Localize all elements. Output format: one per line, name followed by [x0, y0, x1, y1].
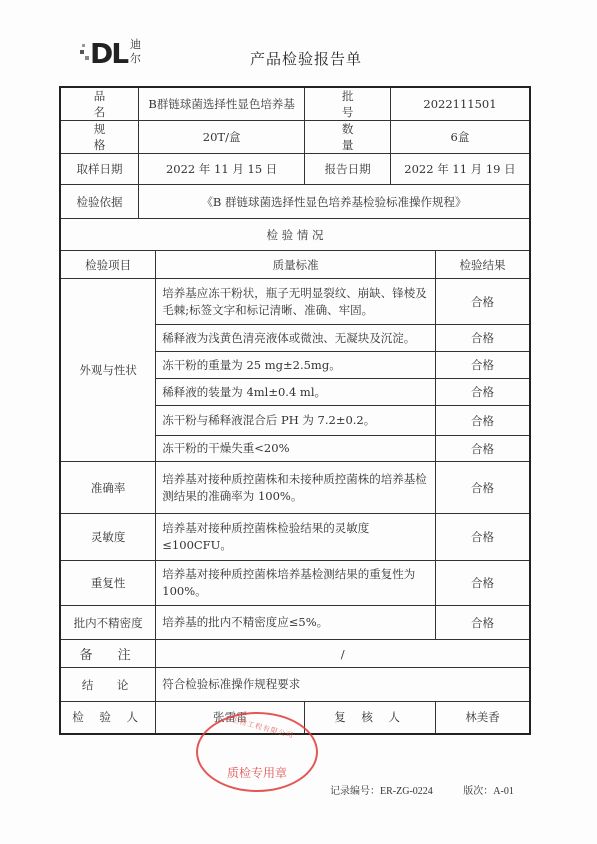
- quality-stamp: …生物工程有限公司 质检专用章: [196, 712, 318, 792]
- record-number: 记录编号：ER-ZG-0224: [330, 786, 433, 797]
- result-text: 合格: [435, 406, 530, 436]
- result-text: 合格: [435, 279, 530, 325]
- inspection-section-title: 检 验 情 况: [60, 219, 530, 251]
- report-page: DL 迪尔 产品检验报告单 品 名 B群链球菌选择性显色培养基 批 号 2022…: [0, 0, 597, 844]
- report-date-label: 报告日期: [305, 154, 391, 185]
- item-appearance: 外观与性状: [60, 279, 156, 462]
- standard-text: 稀释液为浅黄色清亮液体或微浊、无凝块及沉淀。: [156, 325, 436, 352]
- table-row: 外观与性状 培养基应冻干粉状，瓶子无明显裂纹、崩缺、锋棱及毛棘;标签文字和标记清…: [60, 279, 530, 325]
- sample-date-label: 取样日期: [60, 154, 139, 185]
- item-imprecision: 批内不精密度: [60, 606, 156, 640]
- header-result: 检验结果: [435, 251, 530, 279]
- result-text: 合格: [435, 514, 530, 561]
- row-column-headers: 检验项目 质量标准 检验结果: [60, 251, 530, 279]
- table-row: 批内不精密度 培养基的批内不精密度应≤5%。 合格: [60, 606, 530, 640]
- standard-text: 培养基对接种质控菌株和未接种质控菌株的培养基检测结果的准确率为 100%。: [156, 462, 436, 514]
- header-item: 检验项目: [60, 251, 156, 279]
- result-text: 合格: [435, 379, 530, 406]
- row-spec: 规 格 20T/盒 数 量 6盒: [60, 121, 530, 154]
- quantity-value: 6盒: [390, 121, 530, 154]
- stamp-text: 质检专用章: [198, 764, 316, 781]
- header-standard: 质量标准: [156, 251, 436, 279]
- result-text: 合格: [435, 436, 530, 462]
- standard-text: 培养基对接种质控菌株检验结果的灵敏度≤100CFU。: [156, 514, 436, 561]
- batch-label: 批 号: [305, 87, 391, 121]
- table-row: 灵敏度 培养基对接种质控菌株检验结果的灵敏度≤100CFU。 合格: [60, 514, 530, 561]
- sample-date-value: 2022 年 11 月 15 日: [139, 154, 305, 185]
- standard-text: 稀释液的装量为 4ml±0.4 ml。: [156, 379, 436, 406]
- row-conclusion: 结 论 符合检验标准操作规程要求: [60, 668, 530, 702]
- product-name-value: B群链球菌选择性显色培养基: [139, 87, 305, 121]
- batch-value: 2022111501: [390, 87, 530, 121]
- standard-text: 培养基对接种质控菌株培养基检测结果的重复性为100%。: [156, 561, 436, 606]
- product-name-label: 品 名: [60, 87, 139, 121]
- standard-text: 培养基应冻干粉状，瓶子无明显裂纹、崩缺、锋棱及毛棘;标签文字和标记清晰、准确、牢…: [156, 279, 436, 325]
- inspector-label: 检 验 人: [60, 702, 156, 734]
- result-text: 合格: [435, 606, 530, 640]
- logo-text: DL: [90, 38, 127, 70]
- result-text: 合格: [435, 462, 530, 514]
- conclusion-label: 结 论: [60, 668, 156, 702]
- item-sensitivity: 灵敏度: [60, 514, 156, 561]
- logo-cn-text: 迪尔: [130, 38, 142, 66]
- company-logo: DL 迪尔: [80, 36, 160, 76]
- item-repeatability: 重复性: [60, 561, 156, 606]
- row-remarks: 备 注 /: [60, 640, 530, 668]
- row-product-name: 品 名 B群链球菌选择性显色培养基 批 号 2022111501: [60, 87, 530, 121]
- standard-text: 冻干粉的干燥失重<20%: [156, 436, 436, 462]
- result-text: 合格: [435, 561, 530, 606]
- remarks-label: 备 注: [60, 640, 156, 668]
- quantity-label: 数 量: [305, 121, 391, 154]
- item-accuracy: 准确率: [60, 462, 156, 514]
- standard-text: 冻干粉与稀释液混合后 PH 为 7.2±0.2。: [156, 406, 436, 436]
- footer: 记录编号：ER-ZG-0224 版次：A-01: [330, 782, 542, 797]
- basis-label: 检验依据: [60, 185, 139, 219]
- spec-value: 20T/盒: [139, 121, 305, 154]
- inspection-report-table: 品 名 B群链球菌选择性显色培养基 批 号 2022111501 规 格 20T…: [59, 86, 531, 735]
- result-text: 合格: [435, 352, 530, 379]
- table-row: 重复性 培养基对接种质控菌株培养基检测结果的重复性为100%。 合格: [60, 561, 530, 606]
- result-text: 合格: [435, 325, 530, 352]
- report-date-value: 2022 年 11 月 19 日: [390, 154, 530, 185]
- conclusion-value: 符合检验标准操作规程要求: [156, 668, 530, 702]
- reviewer-name: 林美香: [435, 702, 530, 734]
- row-dates: 取样日期 2022 年 11 月 15 日 报告日期 2022 年 11 月 1…: [60, 154, 530, 185]
- standard-text: 冻干粉的重量为 25 mg±2.5mg。: [156, 352, 436, 379]
- row-basis: 检验依据 《B 群链球菌选择性显色培养基检验标准操作规程》: [60, 185, 530, 219]
- reviewer-label: 复 核 人: [305, 702, 436, 734]
- table-row: 准确率 培养基对接种质控菌株和未接种质控菌株的培养基检测结果的准确率为 100%…: [60, 462, 530, 514]
- standard-text: 培养基的批内不精密度应≤5%。: [156, 606, 436, 640]
- version: 版次：A-01: [463, 786, 514, 797]
- spec-label: 规 格: [60, 121, 139, 154]
- page-title: 产品检验报告单: [250, 48, 362, 69]
- remarks-value: /: [156, 640, 530, 668]
- row-section-title: 检 验 情 况: [60, 219, 530, 251]
- basis-value: 《B 群链球菌选择性显色培养基检验标准操作规程》: [139, 185, 531, 219]
